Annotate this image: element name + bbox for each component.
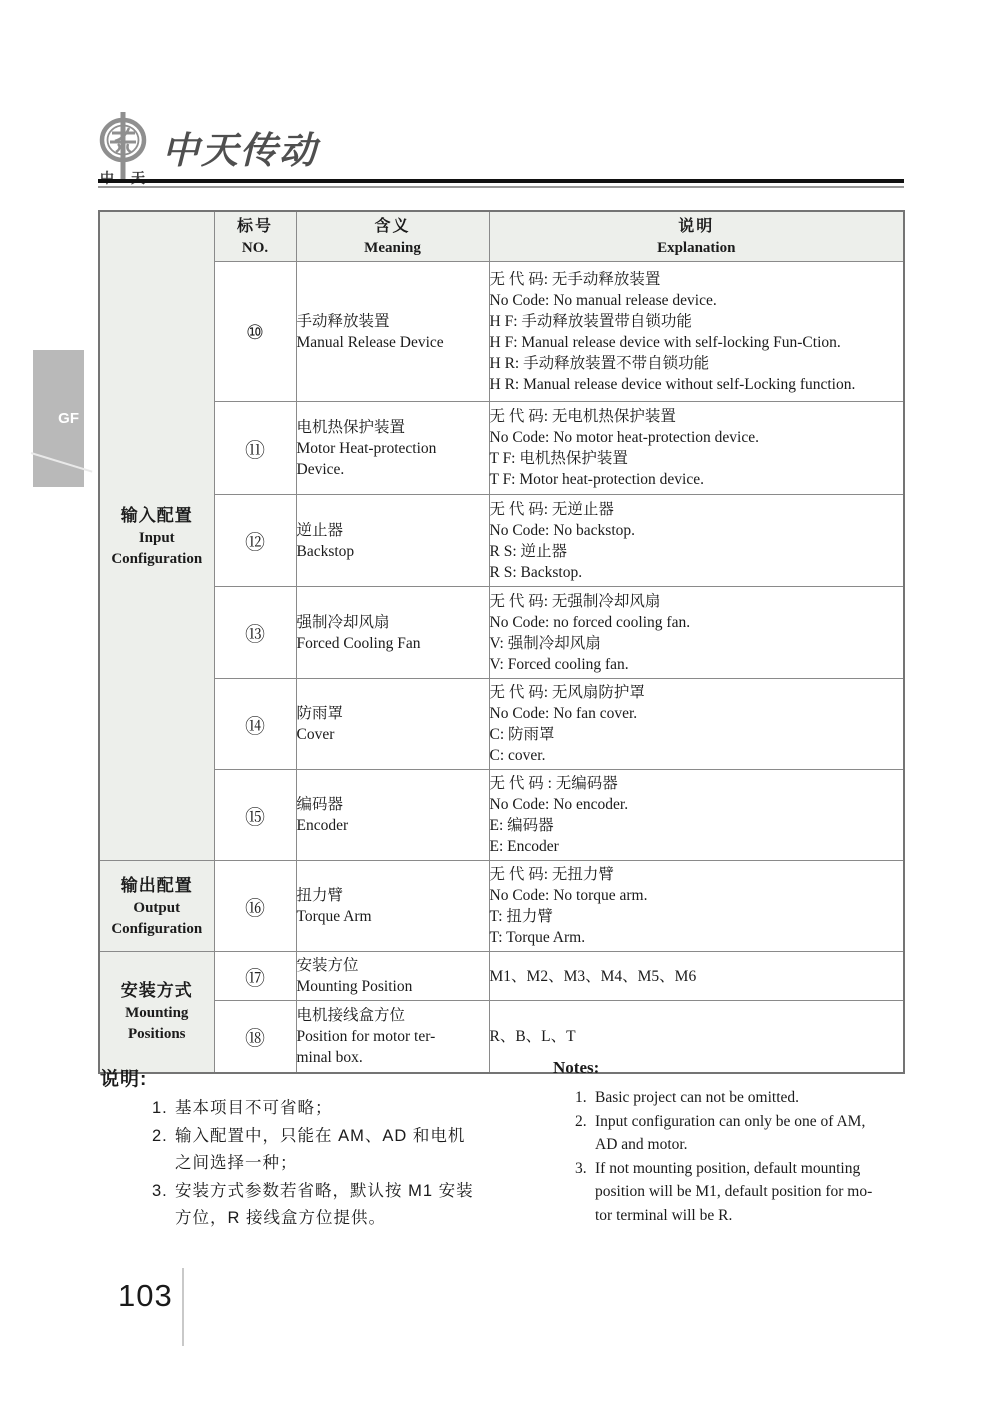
explanation-cell: 无 代 码: 无强制冷却风扇No Code: no forced cooling… bbox=[489, 587, 904, 679]
note-line: 输入配置中，只能在 AM、AD 和电机 bbox=[175, 1123, 550, 1151]
explanation-line: No Code: No manual release device. bbox=[490, 290, 904, 311]
explanation-line: 无 代 码: 无逆止器 bbox=[490, 499, 904, 520]
note-line: 方位，R 接线盒方位提供。 bbox=[175, 1205, 550, 1233]
explanation-line: R、B、L、T bbox=[490, 1026, 904, 1047]
explanation-line: V: Forced cooling fan. bbox=[490, 654, 904, 675]
catalog-page: 中 天 中天传动 GF 输入配置 Input Configuration bbox=[0, 0, 1000, 1414]
notes-english: Notes: 1.Basic project can not be omitte… bbox=[553, 1058, 923, 1227]
explanation-line: V: 强制冷却风扇 bbox=[490, 633, 904, 654]
meaning-line: Backstop bbox=[297, 541, 489, 562]
header-rule-thin bbox=[98, 186, 904, 188]
explanation-line: No Code: No motor heat-protection device… bbox=[490, 427, 904, 448]
meaning-cell: 强制冷却风扇Forced Cooling Fan bbox=[296, 587, 489, 679]
table-row: 输出配置OutputConfiguration⑯扭力臂Torque Arm无 代… bbox=[99, 861, 904, 952]
meaning-line: Position for motor ter- bbox=[297, 1026, 489, 1047]
explanation-line: R S: 逆止器 bbox=[490, 541, 904, 562]
meaning-cell: 扭力臂Torque Arm bbox=[296, 861, 489, 952]
explanation-line: 无 代 码: 无强制冷却风扇 bbox=[490, 591, 904, 612]
explanation-line: No Code: No backstop. bbox=[490, 520, 904, 541]
spec-table-body: 输入配置 Input Configuration 标号 NO. 含义 Meani… bbox=[99, 211, 904, 1073]
header-label-en: Explanation bbox=[490, 238, 904, 258]
explanation-cell: 无 代 码: 无风扇防护罩No Code: No fan cover.C: 防雨… bbox=[489, 679, 904, 770]
note-item: 2.Input configuration can only be one of… bbox=[553, 1110, 923, 1157]
brand-wordmark: 中天传动 bbox=[160, 120, 332, 183]
note-line: AD and motor. bbox=[595, 1133, 923, 1157]
meaning-line: Cover bbox=[297, 724, 489, 745]
note-line: Input configuration can only be one of A… bbox=[595, 1110, 923, 1134]
note-number: 3. bbox=[575, 1157, 587, 1181]
explanation-line: M1、M2、M3、M4、M5、M6 bbox=[490, 966, 904, 987]
meaning-line: 扭力臂 bbox=[297, 885, 489, 906]
explanation-cell: 无 代 码: 无扭力臂No Code: No torque arm.T: 扭力臂… bbox=[489, 861, 904, 952]
explanation-cell: M1、M2、M3、M4、M5、M6 bbox=[489, 952, 904, 1001]
explanation-line: T F: Motor heat-protection device. bbox=[490, 469, 904, 490]
explanation-line: No Code: No fan cover. bbox=[490, 703, 904, 724]
note-line: 安装方式参数若省略，默认按 M1 安装 bbox=[175, 1178, 550, 1206]
meaning-line: Mounting Position bbox=[297, 976, 489, 997]
header-rule-thick bbox=[98, 179, 904, 183]
section-tab-diagonal bbox=[31, 452, 93, 473]
meaning-cell: 电机热保护装置Motor Heat-protectionDevice. bbox=[296, 402, 489, 495]
meaning-line: 逆止器 bbox=[297, 520, 489, 541]
group-label-en: Mounting bbox=[100, 1003, 214, 1024]
explanation-line: No Code: No encoder. bbox=[490, 794, 904, 815]
header-label-en: NO. bbox=[215, 238, 296, 258]
note-line: 之间选择一种； bbox=[175, 1150, 550, 1178]
note-number: 1. bbox=[152, 1095, 168, 1123]
note-line: Basic project can not be omitted. bbox=[595, 1086, 923, 1110]
explanation-line: T: 扭力臂 bbox=[490, 906, 904, 927]
note-number: 2. bbox=[152, 1123, 168, 1151]
spec-table: 输入配置 Input Configuration 标号 NO. 含义 Meani… bbox=[98, 210, 905, 1074]
note-item: 1.Basic project can not be omitted. bbox=[553, 1086, 923, 1110]
explanation-line: C: cover. bbox=[490, 745, 904, 766]
group-cell: 输出配置OutputConfiguration bbox=[99, 861, 214, 952]
explanation-line: H R: 手动释放装置不带自锁功能 bbox=[490, 353, 904, 374]
meaning-line: 防雨罩 bbox=[297, 703, 489, 724]
explanation-line: H R: Manual release device without self-… bbox=[490, 374, 904, 395]
meaning-cell: 安装方位Mounting Position bbox=[296, 952, 489, 1001]
meaning-line: 电机热保护装置 bbox=[297, 417, 489, 438]
meaning-line: Manual Release Device bbox=[297, 332, 489, 353]
notes-chinese-items: 1.基本项目不可省略；2.输入配置中，只能在 AM、AD 和电机之间选择一种；3… bbox=[100, 1095, 550, 1233]
explanation-line: 无 代 码: 无手动释放装置 bbox=[490, 269, 904, 290]
note-number: 1. bbox=[575, 1086, 587, 1110]
table-row: ⑭防雨罩Cover无 代 码: 无风扇防护罩No Code: No fan co… bbox=[99, 679, 904, 770]
header-label-cn: 含义 bbox=[297, 215, 489, 238]
page-number-rule bbox=[182, 1268, 184, 1346]
group-label-en: Configuration bbox=[100, 549, 214, 570]
note-line: If not mounting position, default mounti… bbox=[595, 1157, 923, 1181]
meaning-line: 手动释放装置 bbox=[297, 311, 489, 332]
group-label-en: Input bbox=[100, 528, 214, 549]
explanation-line: 无 代 码: 无风扇防护罩 bbox=[490, 682, 904, 703]
row-number-cell: ⑰ bbox=[214, 952, 296, 1001]
notes-english-title: Notes: bbox=[553, 1058, 923, 1078]
explanation-line: E: Encoder bbox=[490, 836, 904, 857]
meaning-cell: 电机接线盒方位Position for motor ter-minal box. bbox=[296, 1001, 489, 1073]
explanation-line: No Code: No torque arm. bbox=[490, 885, 904, 906]
explanation-line: C: 防雨罩 bbox=[490, 724, 904, 745]
group-label-cn: 输出配置 bbox=[100, 873, 214, 898]
meaning-line: 电机接线盒方位 bbox=[297, 1005, 489, 1026]
section-tab: GF bbox=[33, 350, 84, 487]
page-number: 103 bbox=[118, 1278, 173, 1314]
note-number: 2. bbox=[575, 1110, 587, 1134]
explanation-line: H F: 手动释放装置带自锁功能 bbox=[490, 311, 904, 332]
meaning-line: 安装方位 bbox=[297, 955, 489, 976]
meaning-line: Torque Arm bbox=[297, 906, 489, 927]
note-item: 2.输入配置中，只能在 AM、AD 和电机之间选择一种； bbox=[100, 1123, 550, 1178]
group-label-cn: 安装方式 bbox=[100, 978, 214, 1003]
note-number: 3. bbox=[152, 1178, 168, 1206]
group-cell-input-configuration: 输入配置 Input Configuration bbox=[99, 211, 214, 861]
explanation-line: R S: Backstop. bbox=[490, 562, 904, 583]
notes-english-items: 1.Basic project can not be omitted.2.Inp… bbox=[553, 1086, 923, 1227]
meaning-line: Device. bbox=[297, 459, 489, 480]
meaning-line: Forced Cooling Fan bbox=[297, 633, 489, 654]
explanation-cell: 无 代 码: 无逆止器No Code: No backstop.R S: 逆止器… bbox=[489, 495, 904, 587]
explanation-line: E: 编码器 bbox=[490, 815, 904, 836]
note-item: 1.基本项目不可省略； bbox=[100, 1095, 550, 1123]
row-number-cell: ⑩ bbox=[214, 262, 296, 402]
table-header-row: 输入配置 Input Configuration 标号 NO. 含义 Meani… bbox=[99, 211, 904, 262]
row-number-cell: ⑭ bbox=[214, 679, 296, 770]
meaning-cell: 逆止器Backstop bbox=[296, 495, 489, 587]
explanation-line: 无 代 码: 无扭力臂 bbox=[490, 864, 904, 885]
meaning-line: 强制冷却风扇 bbox=[297, 612, 489, 633]
header-cell-meaning: 含义 Meaning bbox=[296, 211, 489, 262]
row-number-cell: ⑫ bbox=[214, 495, 296, 587]
meaning-line: Motor Heat-protection bbox=[297, 438, 489, 459]
note-item: 3.安装方式参数若省略，默认按 M1 安装方位，R 接线盒方位提供。 bbox=[100, 1178, 550, 1233]
note-line: position will be M1, default position fo… bbox=[595, 1180, 923, 1204]
meaning-line: 编码器 bbox=[297, 794, 489, 815]
explanation-cell: 无 代 码: 无电机热保护装置No Code: No motor heat-pr… bbox=[489, 402, 904, 495]
header-cell-no: 标号 NO. bbox=[214, 211, 296, 262]
table-row: 安装方式MountingPositions⑰安装方位Mounting Posit… bbox=[99, 952, 904, 1001]
header-label-cn: 说明 bbox=[490, 215, 904, 238]
header-label-cn: 标号 bbox=[215, 215, 296, 238]
notes-chinese: 说明: 1.基本项目不可省略；2.输入配置中，只能在 AM、AD 和电机之间选择… bbox=[100, 1064, 550, 1233]
section-tab-label: GF bbox=[58, 410, 79, 427]
group-label-cn: 输入配置 bbox=[100, 503, 214, 528]
explanation-cell: 无 代 码 : 无编码器No Code: No encoder.E: 编码器E:… bbox=[489, 770, 904, 861]
group-label-en: Output bbox=[100, 898, 214, 919]
table-row: ⑬强制冷却风扇Forced Cooling Fan无 代 码: 无强制冷却风扇N… bbox=[99, 587, 904, 679]
notes-chinese-title: 说明: bbox=[100, 1064, 550, 1091]
row-number-cell: ⑪ bbox=[214, 402, 296, 495]
table-row: ⑫逆止器Backstop无 代 码: 无逆止器No Code: No backs… bbox=[99, 495, 904, 587]
header-rule bbox=[98, 179, 904, 188]
meaning-cell: 手动释放装置Manual Release Device bbox=[296, 262, 489, 402]
header-cell-explanation: 说明 Explanation bbox=[489, 211, 904, 262]
note-line: tor terminal will be R. bbox=[595, 1204, 923, 1228]
explanation-line: 无 代 码: 无电机热保护装置 bbox=[490, 406, 904, 427]
meaning-cell: 防雨罩Cover bbox=[296, 679, 489, 770]
row-number-cell: ⑬ bbox=[214, 587, 296, 679]
row-number-cell: ⑱ bbox=[214, 1001, 296, 1073]
explanation-line: H F: Manual release device with self-loc… bbox=[490, 332, 904, 353]
row-number-cell: ⑮ bbox=[214, 770, 296, 861]
table-row: ⑪电机热保护装置Motor Heat-protectionDevice.无 代 … bbox=[99, 402, 904, 495]
explanation-line: No Code: no forced cooling fan. bbox=[490, 612, 904, 633]
explanation-line: T F: 电机热保护装置 bbox=[490, 448, 904, 469]
explanation-line: 无 代 码 : 无编码器 bbox=[490, 773, 904, 794]
meaning-line: Encoder bbox=[297, 815, 489, 836]
note-line: 基本项目不可省略； bbox=[175, 1095, 550, 1123]
group-label-en: Positions bbox=[100, 1024, 214, 1045]
group-label-en: Configuration bbox=[100, 919, 214, 940]
note-item: 3.If not mounting position, default moun… bbox=[553, 1157, 923, 1228]
group-cell: 安装方式MountingPositions bbox=[99, 952, 214, 1073]
spec-table-wrap: 输入配置 Input Configuration 标号 NO. 含义 Meani… bbox=[98, 210, 905, 1074]
header-label-en: Meaning bbox=[297, 238, 489, 258]
row-number-cell: ⑯ bbox=[214, 861, 296, 952]
explanation-cell: 无 代 码: 无手动释放装置No Code: No manual release… bbox=[489, 262, 904, 402]
explanation-line: T: Torque Arm. bbox=[490, 927, 904, 948]
table-row: ⑩手动释放装置Manual Release Device无 代 码: 无手动释放… bbox=[99, 262, 904, 402]
meaning-cell: 编码器Encoder bbox=[296, 770, 489, 861]
table-row: ⑮编码器Encoder无 代 码 : 无编码器No Code: No encod… bbox=[99, 770, 904, 861]
